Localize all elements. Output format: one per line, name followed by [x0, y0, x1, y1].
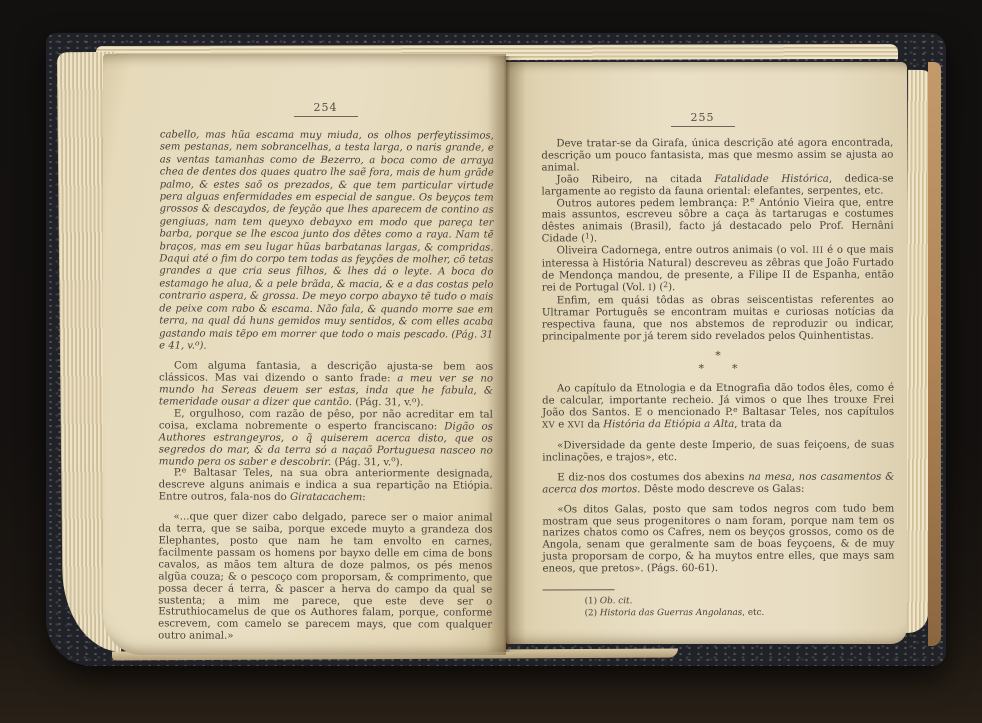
paragraph: Ao capítulo da Etnologia e da Etnografia…	[542, 383, 894, 433]
text-run: Baltasar Teles, nos capítulos	[738, 407, 895, 418]
paragraph: E, orgulhoso, com razão de pêso, por não…	[159, 408, 493, 469]
text-run: III	[812, 246, 823, 256]
page-number-left-wrap: 254	[124, 54, 527, 117]
text-run: , trata da	[734, 419, 782, 430]
text-run: ).	[416, 397, 423, 408]
footnote-item: (2) Historia das Guerras Angolanas, etc.	[543, 607, 895, 619]
right-page-paragraphs: Deve tratar-se da Girafa, única descriçã…	[541, 138, 894, 576]
text-run: , etc.	[742, 607, 764, 617]
cover-edge-strip	[928, 62, 941, 646]
text-run: História da Etiópia a Alta	[603, 419, 734, 430]
page-number-right: 255	[671, 111, 735, 127]
text-run: o	[391, 455, 396, 464]
text-run: (1)	[585, 596, 600, 606]
text-run: e	[733, 405, 737, 414]
paragraph: Deve tratar-se da Girafa, única descriçã…	[541, 138, 893, 175]
text-run: o	[195, 338, 200, 347]
text-run: o	[412, 395, 417, 404]
paragraph: João Ribeiro, na citada Fatalidade Histó…	[541, 173, 893, 198]
paragraph: E diz-nos dos costumes dos abexins na me…	[542, 471, 894, 496]
text-run: Outros autores pedem lembrança: P.	[557, 197, 751, 209]
text-run: Historia das Guerras Angolanas	[600, 607, 742, 617]
text-run: XVI	[568, 420, 585, 430]
text-run: ).	[668, 282, 675, 293]
text-run: (2)	[585, 608, 600, 618]
text-run: cabello, mas hũa escama muy miuda, os ol…	[159, 129, 494, 351]
text-run: * *	[542, 362, 894, 376]
text-run: (Pág. 31, v.	[331, 457, 391, 468]
text-run: 2	[663, 280, 668, 289]
text-run: XV	[542, 421, 555, 431]
text-run: e	[750, 195, 754, 204]
page-number-right-wrap: 255	[502, 62, 903, 127]
text-run: E diz-nos dos costumes dos abexins	[557, 472, 748, 483]
text-run: Ob. cit.	[600, 596, 633, 606]
paragraph: cabello, mas hũa escama muy miuda, os ol…	[159, 129, 494, 353]
paragraph: Enfim, em quási tôdas as obras seiscenti…	[542, 294, 894, 343]
text-run: E, orgulhoso, com razão de pêso, por não…	[159, 408, 493, 432]
section-divider: ** *	[542, 349, 894, 376]
paragraph: Oliveira Cadornega, entre outros animais…	[542, 245, 894, 296]
text-run: 1	[585, 231, 590, 240]
footnote-item: (1) Ob. cit.	[543, 596, 895, 608]
text-run: Deve tratar-se da Girafa, única descriçã…	[541, 138, 893, 174]
text-run: «Os ditos Galas, posto que sam todos neg…	[542, 503, 894, 574]
text-run: Giratacachem	[290, 492, 362, 503]
right-page-text-column: Deve tratar-se da Girafa, única descriçã…	[541, 138, 894, 620]
text-run: ).	[396, 457, 403, 468]
text-run: . Dêste modo descreve os Galas:	[637, 484, 804, 495]
footnote-list: (1) Ob. cit.(2) Historia das Guerras Ang…	[543, 596, 895, 620]
paragraph: P.e Baltasar Teles, na sua obra anterior…	[159, 468, 493, 505]
text-run: ).	[590, 234, 597, 245]
paragraph: «Os ditos Galas, posto que sam todos neg…	[542, 503, 894, 575]
left-page-text-column: cabello, mas hũa escama muy miuda, os ol…	[158, 129, 494, 643]
page-left: 254 cabello, mas hũa escama muy miuda, o…	[103, 54, 506, 655]
footnote-rule	[543, 589, 615, 590]
text-run: *	[542, 349, 894, 363]
footnotes: (1) Ob. cit.(2) Historia das Guerras Ang…	[543, 589, 895, 620]
paragraph: Outros autores pedem lembrança: P.e Antó…	[542, 197, 894, 246]
text-run: (Pág. 31, v.	[352, 397, 412, 408]
text-run: Fatalidade Histórica	[714, 173, 828, 184]
page-number-left: 254	[294, 101, 358, 117]
page-right: 255 Deve tratar-se da Girafa, única desc…	[506, 62, 907, 644]
paragraph: Com alguma fantasia, a descrição ajusta-…	[159, 361, 493, 410]
text-run: :	[362, 492, 365, 503]
paragraph: «Diversidade da gente deste Imperio, de …	[542, 440, 894, 465]
text-run: «...que quer dizer cabo delgado, parece …	[158, 512, 492, 642]
text-run: P.	[174, 468, 182, 479]
text-run: Enfim, em quási tôdas as obras seiscenti…	[542, 294, 894, 342]
text-run: ) (	[652, 282, 663, 293]
paragraph: «...que quer dizer cabo delgado, parece …	[158, 512, 492, 644]
text-run: João Ribeiro, na citada	[556, 174, 714, 185]
text-run: e	[555, 420, 568, 431]
text-run: e	[182, 466, 186, 475]
text-run: ).	[199, 340, 206, 351]
text-run: Oliveira Cadornega, entre outros animais…	[557, 245, 813, 257]
text-run: da	[584, 419, 603, 430]
text-run: «Diversidade da gente deste Imperio, de …	[542, 440, 894, 464]
book-scan-scene: 254 cabello, mas hũa escama muy miuda, o…	[0, 0, 982, 723]
